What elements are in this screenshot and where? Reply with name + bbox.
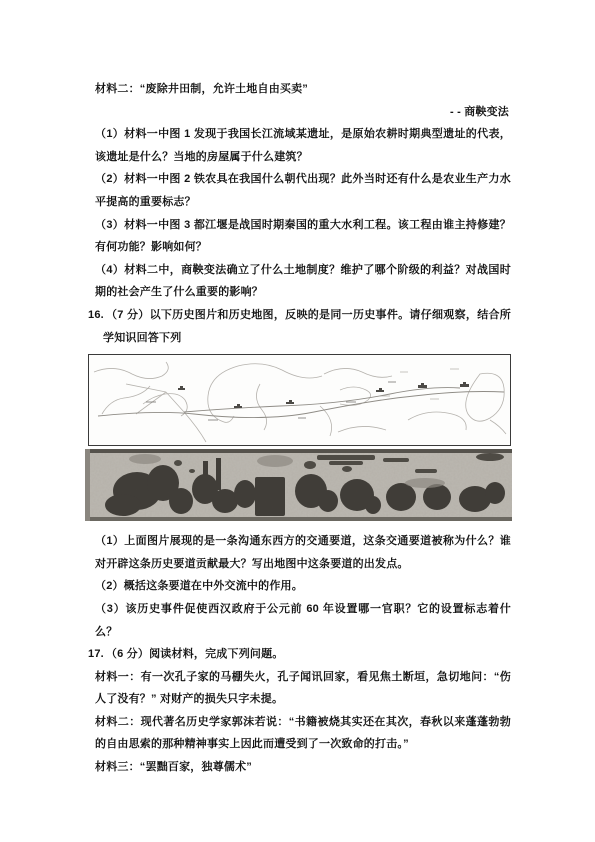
q16-score: （7 分） [106, 309, 150, 321]
q17-stem: 阅读材料，完成下列问题。 [149, 648, 283, 660]
q17-number: 17. [88, 648, 104, 660]
q16-sub-question-3: （3）该历史事件促使西汉政府于公元前 60 年设置哪一官职？它的设置标志着什么？ [88, 598, 511, 643]
mural-photo-figure [85, 449, 511, 521]
q16-number: 16. [88, 309, 104, 321]
q16-header: 16.（7 分）以下历史图片和历史地图，反映的是同一历史事件。请仔细观察，结合所… [88, 304, 511, 349]
q15-sub-question-4: （4）材料二中，商鞅变法确立了什么土地制度？维护了哪个阶级的利益？对战国时期的社… [88, 259, 511, 304]
q15-sub-question-1: （1）材料一中图 1 发现于我国长江流域某遗址，是原始农耕时期典型遗址的代表，该… [88, 123, 511, 168]
silk-road-map-figure [88, 354, 511, 446]
silk-road-map-image [88, 354, 511, 446]
q17-score: （6 分） [106, 648, 149, 660]
q16-sub-question-1: （1）上面图片展现的是一条沟通东西方的交通要道，这条交通要道被称为什么？谁对开辟… [88, 530, 511, 575]
q16-stem: 以下历史图片和历史地图，反映的是同一历史事件。请仔细观察，结合所学知识回答下列 [103, 309, 511, 344]
mural-photo-image [85, 449, 512, 521]
material-2-quote: 材料二：“废除井田制，允许土地自由买卖” [88, 78, 511, 101]
exam-content: 材料二：“废除井田制，允许土地自由买卖” - - 商鞅变法 （1）材料一中图 1… [88, 78, 511, 779]
q17-material-2: 材料二：现代著名历史学家郭沫若说：“书籍被烧其实还在其次，春秋以来蓬蓬勃勃的自由… [88, 711, 511, 756]
exam-page: 材料二：“废除井田制，允许土地自由买卖” - - 商鞅变法 （1）材料一中图 1… [0, 0, 595, 842]
attribution-shangyang-reform: - - 商鞅变法 [88, 101, 511, 124]
q15-sub-question-2: （2）材料一中图 2 铁农具在我国什么朝代出现？此外当时还有什么是农业生产力水平… [88, 168, 511, 213]
q17-material-3: 材料三：“罢黜百家，独尊儒术” [88, 756, 511, 779]
q15-sub-question-3: （3）材料一中图 3 都江堰是战国时期秦国的重大水利工程。该工程由谁主持修建？有… [88, 214, 511, 259]
q16-sub-question-2: （2）概括这条要道在中外交流中的作用。 [88, 575, 511, 598]
q17-header: 17.（6 分）阅读材料，完成下列问题。 [88, 643, 511, 666]
q17-material-1: 材料一：有一次孔子家的马棚失火，孔子闻讯回家，看见焦土断垣，急切地问：“伤人了没… [88, 666, 511, 711]
